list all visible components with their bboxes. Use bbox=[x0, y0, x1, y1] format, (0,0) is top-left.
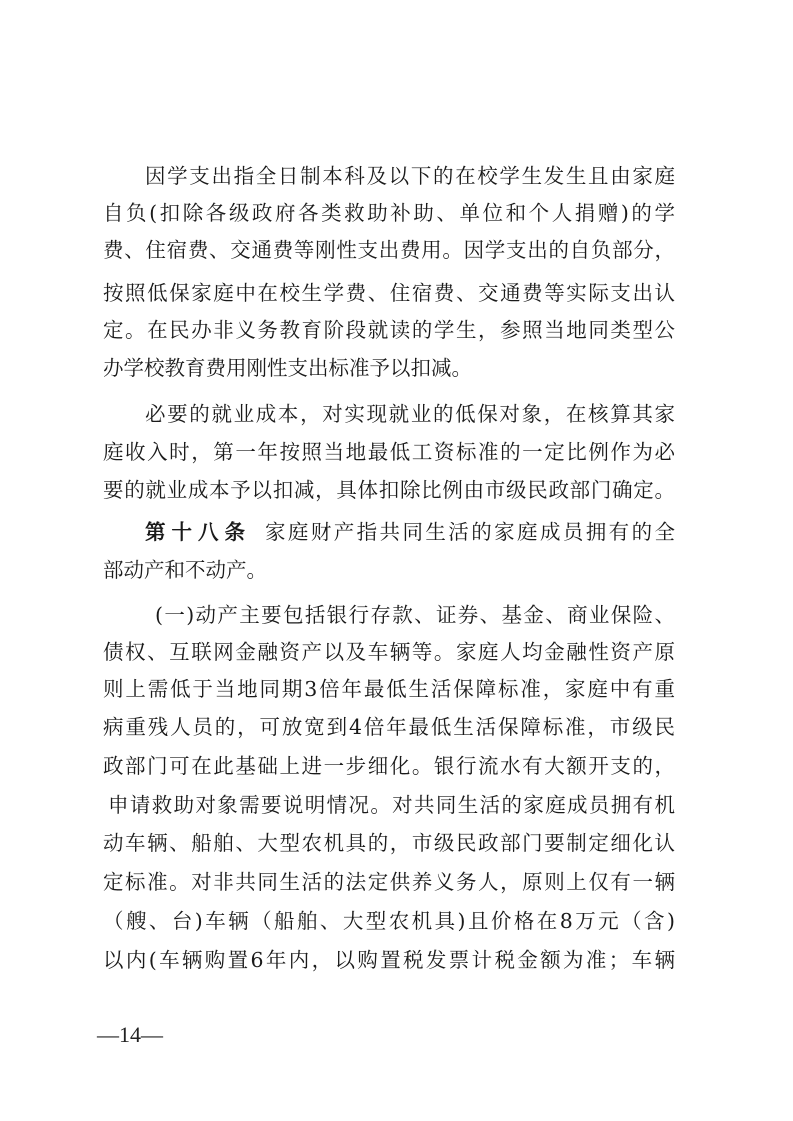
paragraph-line: 庭收入时，第一年按照当地最低工资标准的一定比例作为必 bbox=[103, 439, 675, 465]
paragraph-line: 费、住宿费、交通费等刚性支出费用。因学支出的自负部分， bbox=[103, 237, 675, 263]
page-number: —14— bbox=[97, 1022, 163, 1048]
clause-line: 定标准。对非共同生活的法定供养义务人，原则上仅有一辆 bbox=[103, 869, 675, 895]
article-heading: 第十八条 bbox=[145, 519, 245, 545]
paragraph-line: 因学支出指全日制本科及以下的在校学生发生且由家庭 bbox=[145, 163, 675, 189]
clause-line: 以内(车辆购置6年内，以购置税发票计税金额为准；车辆 bbox=[103, 947, 675, 973]
clause-line: 债权、互联网金融资产以及车辆等。家庭人均金融性资产原 bbox=[103, 639, 675, 665]
document-page: 因学支出指全日制本科及以下的在校学生发生且由家庭 自负(扣除各级政府各类救助补助… bbox=[0, 0, 793, 1121]
paragraph-line: 定。在民办非义务教育阶段就读的学生，参照当地同类型公 bbox=[103, 317, 675, 343]
clause-line: （艘、台)车辆（船舶、大型农机具)且价格在8万元（含) bbox=[103, 908, 675, 934]
clause-line: 则上需低于当地同期3倍年最低生活保障标准，家庭中有重 bbox=[103, 676, 675, 702]
article-text: 部动产和不动产。 bbox=[103, 557, 675, 583]
paragraph-line: 要的就业成本予以扣减，具体扣除比例由市级民政部门确定。 bbox=[103, 477, 675, 503]
clause-line: 病重残人员的，可放宽到4倍年最低生活保障标准，市级民 bbox=[103, 714, 675, 740]
paragraph-line: 按照低保家庭中在校生学费、住宿费、交通费等实际支出认 bbox=[103, 280, 675, 306]
paragraph-line: 办学校教育费用刚性支出标准予以扣减。 bbox=[103, 355, 675, 381]
paragraph-line: 必要的就业成本，对实现就业的低保对象，在核算其家 bbox=[145, 401, 675, 427]
clause-line: (一)动产主要包括银行存款、证券、基金、商业保险、 bbox=[155, 602, 675, 628]
clause-line: 动车辆、船舶、大型农机具的，市级民政部门要制定细化认 bbox=[103, 830, 675, 856]
clause-line: 申请救助对象需要说明情况。对共同生活的家庭成员拥有机 bbox=[108, 792, 675, 818]
article-text: 家庭财产指共同生活的家庭成员拥有的全 bbox=[265, 519, 675, 545]
paragraph-line: 自负(扣除各级政府各类救助补助、单位和个人捐赠)的学 bbox=[103, 200, 675, 226]
clause-line: 政部门可在此基础上进一步细化。银行流水有大额开支的， bbox=[103, 753, 675, 779]
